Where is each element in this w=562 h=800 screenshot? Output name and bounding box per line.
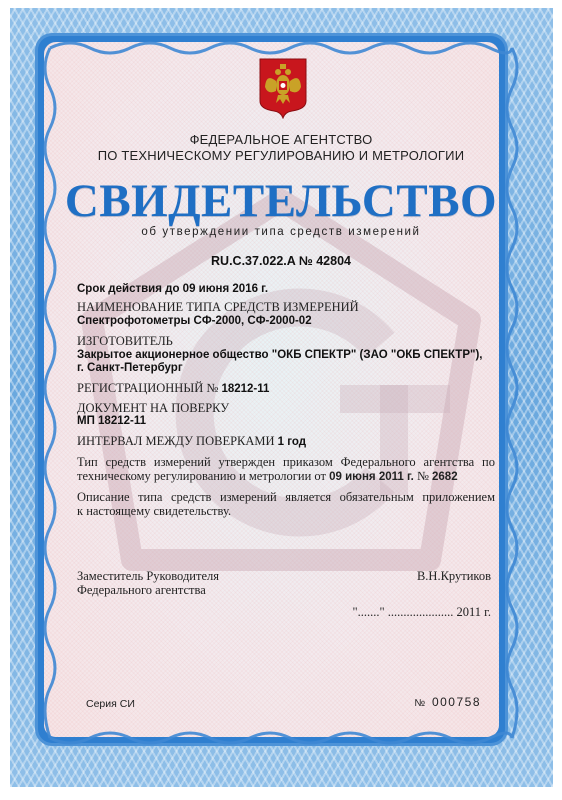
type-name-label: НАИМЕНОВАНИЕ ТИПА СРЕДСТВ ИЗМЕРЕНИЙ [77,300,495,314]
manufacturer-value: Закрытое акционерное общество "ОКБ СПЕКТ… [77,348,495,362]
document-subtitle: об утверждении типа средств измерений [0,226,562,238]
form-serial-number: № 000758 [414,695,481,709]
order-text-prefix: техническому регулированию и метрологии … [77,469,329,483]
manufacturer-label: ИЗГОТОВИТЕЛЬ [77,334,495,348]
validity-value: 09 июня 2016 г. [183,283,268,295]
description-line2: к настоящему свидетельству. [77,504,495,518]
interval-line: ИНТЕРВАЛ МЕЖДУ ПОВЕРКАМИ 1 год [77,434,495,449]
certificate-number: RU.C.37.022.A № 42804 [0,254,562,268]
description-line1: Описание типа средств измерений является… [77,490,495,504]
agency-name-line1: ФЕДЕРАЛЬНОЕ АГЕНТСТВО [0,132,562,147]
registration-line: РЕГИСТРАЦИОННЫЙ № 18212-11 [77,381,495,396]
interval-value: 1 год [278,436,306,448]
interval-label: ИНТЕРВАЛ МЕЖДУ ПОВЕРКАМИ [77,434,278,448]
signatory-position-line2: Федерального агентства [77,583,206,598]
order-date: 09 июня 2011 г. [329,471,414,483]
type-name-value: Спектрофотометры СФ-2000, СФ-2000-02 [77,314,495,328]
document-title: СВИДЕТЕЛЬСТВО [0,174,562,228]
order-text-line2: техническому регулированию и метрологии … [77,469,495,484]
number-sign: № [414,698,425,709]
order-text-line1: Тип средств измерений утвержден приказом… [77,455,495,469]
signature-date-blank: "......." ..................... 2011 г. [353,605,491,620]
signatory-position-line1: Заместитель Руководителя [77,569,219,584]
agency-name-line2: ПО ТЕХНИЧЕСКОМУ РЕГУЛИРОВАНИЮ И МЕТРОЛОГ… [0,148,562,163]
manufacturer-city: г. Санкт-Петербург [77,361,495,375]
registration-label: РЕГИСТРАЦИОННЫЙ № [77,381,221,395]
order-number: 2682 [432,471,458,483]
signatory-name: В.Н.Крутиков [417,569,491,584]
order-number-sign: № [414,469,432,483]
verification-doc-label: ДОКУМЕНТ НА ПОВЕРКУ [77,401,495,415]
serial-value: 000758 [432,695,481,709]
verification-doc-value: МП 18212-11 [77,414,495,428]
validity-line: Срок действия до 09 июня 2016 г. [77,282,495,296]
russian-coat-of-arms-icon [258,57,308,119]
registration-value: 18212-11 [221,383,269,395]
form-series: Серия СИ [86,698,135,710]
validity-label: Срок действия до [77,283,183,295]
